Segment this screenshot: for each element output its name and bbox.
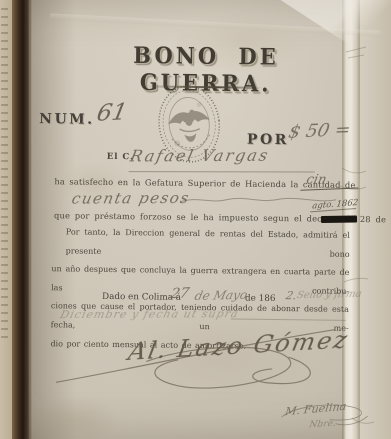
num-value-handwritten: 61 [95,99,130,127]
redaction-bar [321,216,357,223]
issued-year-printed: de 186 [245,294,276,304]
amount-rest-handwritten: cuenta pesos [70,189,191,208]
holder-name-handwritten: Rafael Vargas [129,146,272,166]
issued-month-handwritten: de Mayo [193,288,249,303]
issued-day-handwritten: 27 [169,285,190,302]
num-label: NUM. [39,111,95,128]
issued-trailing-note-handwritten: Sello y firma [296,289,363,301]
amount-start-handwritten: cin [305,172,328,187]
amount-value-handwritten: $ 50 = [287,119,353,142]
countersign-sub-handwritten: Nbre. [309,419,337,430]
document-photo: BONO DE GUERRA. NUM. 61 [0,0,391,439]
bond-form: BONO DE GUERRA. NUM. 61 [0,0,391,439]
body-line: Por tanto, la Direccion general de renta… [51,223,349,264]
holder-underline [129,171,315,172]
